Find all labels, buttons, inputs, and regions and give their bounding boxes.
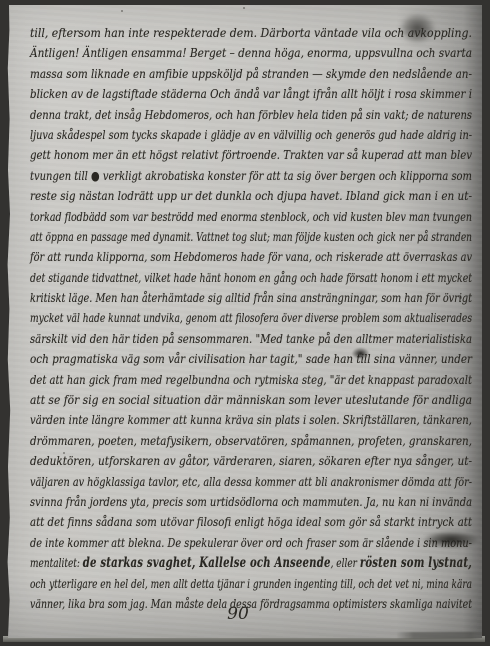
text-line: mentalitet: de starkas svaghet, Kallelse… <box>30 553 472 573</box>
text-line: kritiskt läge. Men han återhämtade sig a… <box>30 288 472 308</box>
text-line: blicken av de lagstiftade städerna Och ä… <box>30 84 472 104</box>
text-line: de inte kommer att blekna. De spekulerar… <box>30 533 472 553</box>
text-line: att öppna en passage med dynamit. Vattne… <box>30 227 472 247</box>
text-line: svinna från jordens yta, precis som urti… <box>30 492 472 512</box>
text-line: tvungen till ● verkligt akrobatiska kons… <box>30 166 472 186</box>
text-line: drömmaren, poeten, metafysikern, observa… <box>30 431 472 451</box>
text-line: mycket väl hade kunnat undvika, genom at… <box>30 308 472 328</box>
text-line: reste sig nästan lodrätt upp ur det dunk… <box>30 186 472 206</box>
text-line: torkad flodbädd som var beströdd med eno… <box>30 207 472 227</box>
text-line: att se för sig en social situation där m… <box>30 390 472 410</box>
text-line: väljaren av högklassiga tavlor, etc, all… <box>30 472 472 492</box>
text-line: särskilt vid den här tiden på sensommare… <box>30 329 472 349</box>
text-line: denna trakt, det insåg Hebdomeros, och h… <box>30 105 472 125</box>
text-line: till, eftersom han inte respekterade dem… <box>30 23 472 43</box>
text-line: värden inte längre kommer att kunna kräv… <box>30 410 472 430</box>
text-line: Äntligen! Äntligen ensamma! Berget – den… <box>30 43 472 63</box>
text-line: för att runda klipporna, som Hebdomeros … <box>30 247 472 267</box>
text-line: deduktören, utforskaren av gåtor, värder… <box>30 451 472 471</box>
text-line: och ytterligare en hel del, men allt det… <box>30 574 472 594</box>
text-block: till, eftersom han inte respekterade dem… <box>30 23 472 614</box>
page-number: 90 <box>0 604 476 624</box>
text-line: det stigande tidvattnet, vilket hade hän… <box>30 268 472 288</box>
text-line: att det finns sådana som utövar filosofi… <box>30 512 472 532</box>
text-line: ljuva skådespel som tycks skapade i gläd… <box>30 125 472 145</box>
text-line: det att han gick fram med regelbundna oc… <box>30 370 472 390</box>
text-line: gett honom mer än ett högst relativt för… <box>30 145 472 165</box>
scanned-book-page: till, eftersom han inte respekterade dem… <box>0 0 490 646</box>
text-line: massa som liknade en amfibie uppsköljd p… <box>30 64 472 84</box>
text-line: och pragmatiska väg som vår civilisation… <box>30 349 472 369</box>
